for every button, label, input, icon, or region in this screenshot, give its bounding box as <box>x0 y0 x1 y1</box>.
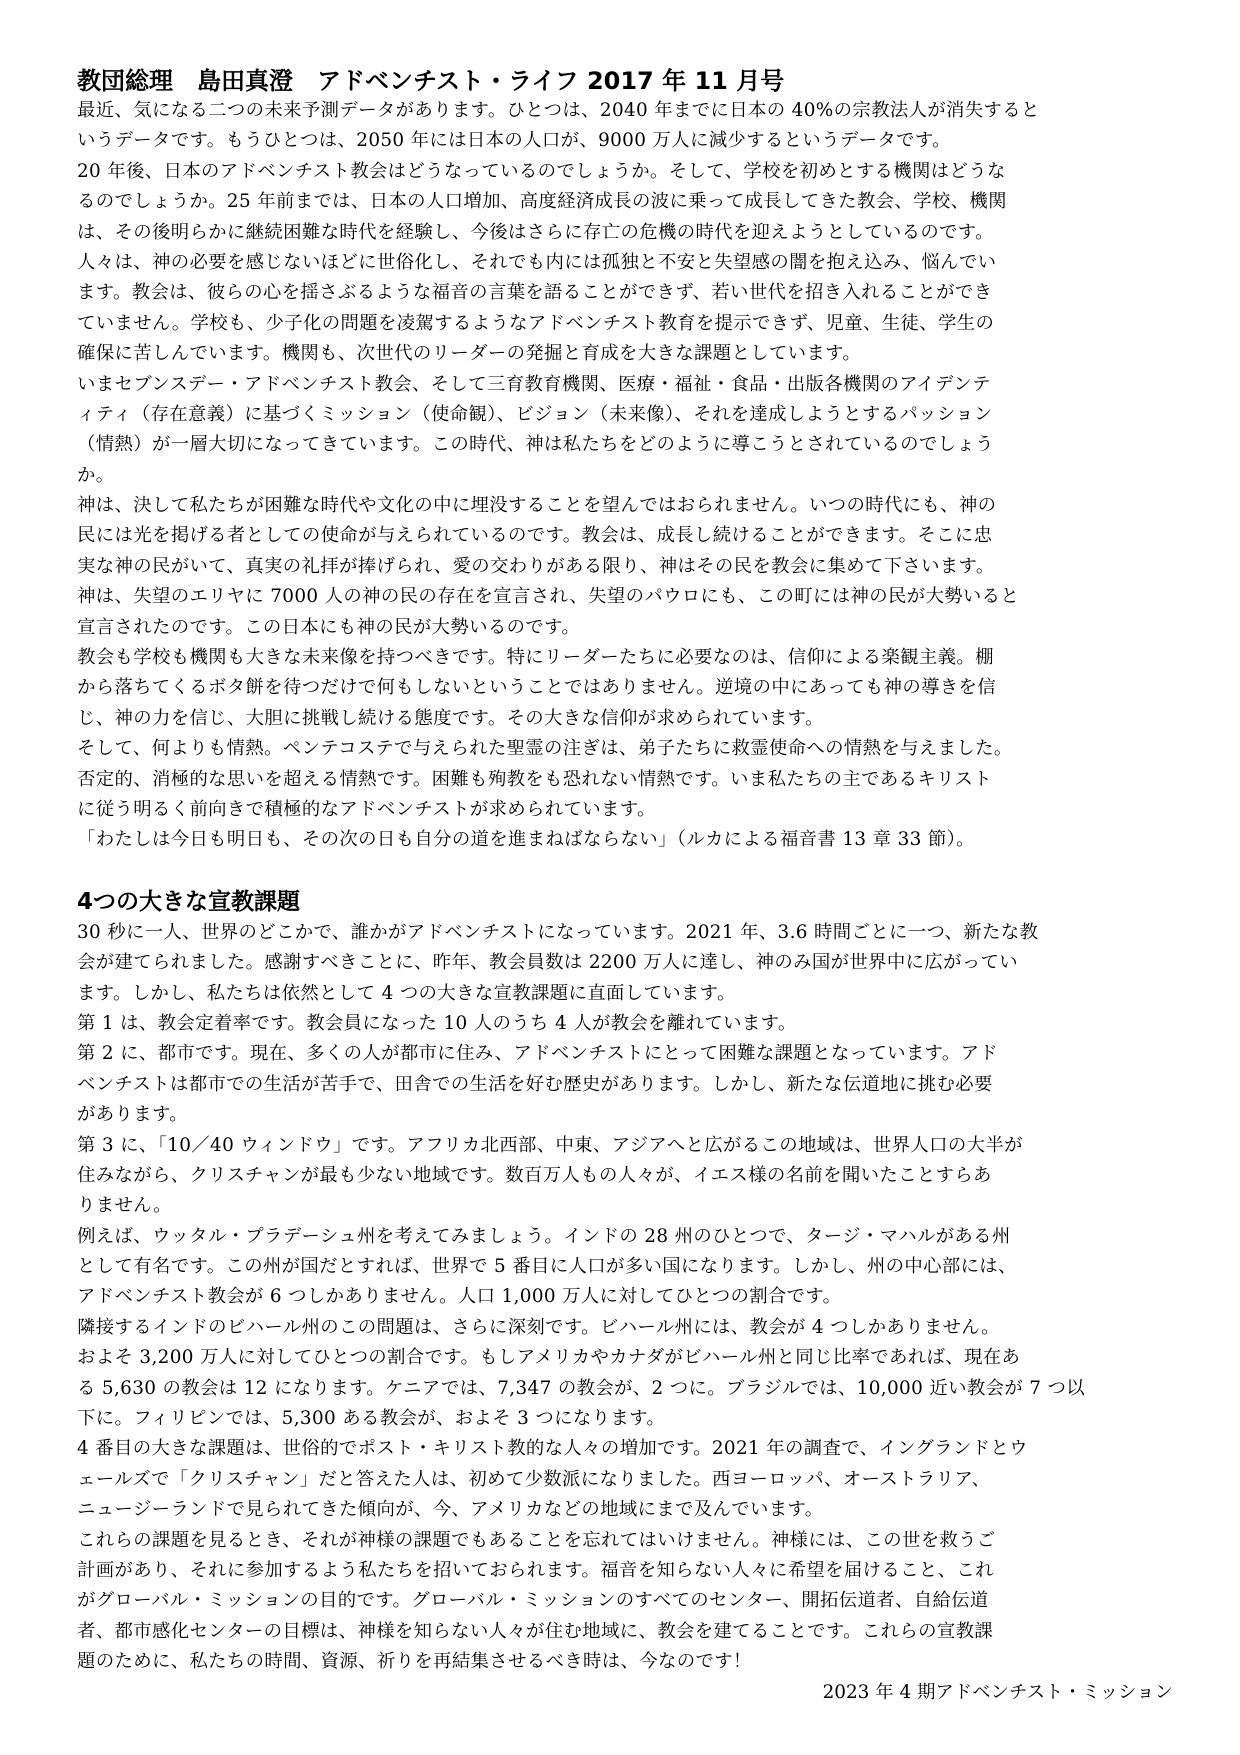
paragraph-line: があります。 <box>77 1100 1177 1130</box>
paragraph-line: 隣接するインドのビハール州のこの問題は、さらに深刻です。ビハール州には、教会が … <box>77 1313 1177 1343</box>
paragraph-line: がグローバル・ミッションの目的です。グローバル・ミッションのすべてのセンター、開… <box>77 1586 1177 1616</box>
paragraph-line: は、その後明らかに継続困難な時代を経験し、今後はさらに存亡の危機の時代を迎えよう… <box>77 218 1177 248</box>
paragraph-line: じ、神の力を信じ、大胆に挑戦し続ける態度です。その大きな信仰が求められています。 <box>77 704 1177 734</box>
paragraph-line: 第 3 に、「10／40 ウィンドウ」です。アフリカ北西部、中東、アジアへと広が… <box>77 1131 1177 1161</box>
paragraph-line: いうデータです。もうひとつは、2050 年には日本の人口が、9000 万人に減少… <box>77 126 1177 156</box>
paragraph-line: から落ちてくるボタ餅を待つだけで何もしないということではありません。逆境の中にあ… <box>77 673 1177 703</box>
paragraph-line: 神は、決して私たちが困難な時代や文化の中に埋没することを望んではおられません。い… <box>77 491 1177 521</box>
paragraph-line: 実な神の民がいて、真実の礼拝が捧げられ、愛の交わりがある限り、神はその民を教会に… <box>77 552 1177 582</box>
paragraph-line: アドベンチスト教会が 6 つしかありません。人口 1,000 万人に対してひとつ… <box>77 1282 1177 1312</box>
section-mission-challenges: 4つの大きな宣教課題 30 秒に一人、世界のどこかで、誰かがアドベンチストになっ… <box>77 886 1177 1708</box>
paragraph-line: か。 <box>77 461 1177 491</box>
paragraph-line: 確保に苦しんでいます。機関も、次世代のリーダーの発掘と育成を大きな課題としていま… <box>77 339 1177 369</box>
paragraph-line: として有名です。この州が国だとすれば、世界で 5 番目に人口が多い国になります。… <box>77 1252 1177 1282</box>
paragraph-line: ベンチストは都市での生活が苦手で、田舎での生活を好む歴史があります。しかし、新た… <box>77 1070 1177 1100</box>
paragraph-line: るのでしょうか。25 年前までは、日本の人口増加、高度経済成長の波に乗って成長し… <box>77 187 1177 217</box>
paragraph-line: 題のために、私たちの時間、資源、祈りを再結集させるべき時は、今なのです！ <box>77 1647 1177 1677</box>
paragraph-line: 神は、失望のエリヤに 7000 人の神の民の存在を宣言され、失望のパウロにも、こ… <box>77 582 1177 612</box>
paragraph-line: ニュージーランドで見られてきた傾向が、今、アメリカなどの地域にまで及んでいます。 <box>77 1495 1177 1525</box>
section-editorial: 最近、気になる二つの未来予測データがあります。ひとつは、2040 年までに日本の… <box>77 96 1177 856</box>
source-signature: 2023 年 4 期アドベンチスト・ミッション <box>77 1678 1177 1708</box>
section-spacer <box>77 856 1177 886</box>
paragraph-line: 住みながら、クリスチャンが最も少ない地域です。数百万人もの人々が、イエス様の名前… <box>77 1161 1177 1191</box>
paragraph-line: 宣言されたのです。この日本にも神の民が大勢いるのです。 <box>77 613 1177 643</box>
paragraph-line: ていません。学校も、少子化の問題を凌駕するようなアドベンチスト教育を提示できず、… <box>77 309 1177 339</box>
paragraph-line: 人々は、神の必要を感じないほどに世俗化し、それでも内には孤独と不安と失望感の闇を… <box>77 248 1177 278</box>
paragraph-line: ます。教会は、彼らの心を揺さぶるような福音の言葉を語ることができず、若い世代を招… <box>77 278 1177 308</box>
paragraph-line: 例えば、ウッタル・プラデーシュ州を考えてみましょう。インドの 28 州のひとつで… <box>77 1222 1177 1252</box>
paragraph-line: 会が建てられました。感謝すべきことに、昨年、教会員数は 2200 万人に達し、神… <box>77 948 1177 978</box>
document-page: 教団総理 島田真澄 アドベンチスト・ライフ 2017 年 11 月号 最近、気に… <box>77 66 1177 1708</box>
document-title: 教団総理 島田真澄 アドベンチスト・ライフ 2017 年 11 月号 <box>77 66 1177 96</box>
scripture-quote: 「わたしは今日も明日も、その次の日も自分の道を進まねばならない」（ルカによる福音… <box>77 825 1177 855</box>
paragraph-line: ます。しかし、私たちは依然として 4 つの大きな宣教課題に直面しています。 <box>77 979 1177 1009</box>
paragraph-line: に従う明るく前向きで積極的なアドベンチストが求められています。 <box>77 795 1177 825</box>
paragraph-line: 最近、気になる二つの未来予測データがあります。ひとつは、2040 年までに日本の… <box>77 96 1177 126</box>
paragraph-line: ィティ（存在意義）に基づくミッション（使命観）、ビジョン（未来像）、それを達成し… <box>77 400 1177 430</box>
paragraph-line: 30 秒に一人、世界のどこかで、誰かがアドベンチストになっています。2021 年… <box>77 918 1177 948</box>
paragraph-line: 民には光を掲げる者としての使命が与えられているのです。教会は、成長し続けることが… <box>77 521 1177 551</box>
paragraph-line: 20 年後、日本のアドベンチスト教会はどうなっているのでしょうか。そして、学校を… <box>77 157 1177 187</box>
section-heading: 4つの大きな宣教課題 <box>77 886 1177 918</box>
paragraph-line: そして、何よりも情熱。ペンテコステで与えられた聖霊の注ぎは、弟子たちに救霊使命へ… <box>77 734 1177 764</box>
paragraph-line: 第 2 に、都市です。現在、多くの人が都市に住み、アドベンチストにとって困難な課… <box>77 1039 1177 1069</box>
paragraph-line: 教会も学校も機関も大きな未来像を持つべきです。特にリーダーたちに必要なのは、信仰… <box>77 643 1177 673</box>
paragraph-line: およそ 3,200 万人に対してひとつの割合です。もしアメリカやカナダがビハール… <box>77 1343 1177 1373</box>
paragraph-line: 下に。フィリピンでは、5,300 ある教会が、およそ 3 つになります。 <box>77 1404 1177 1434</box>
paragraph-line: これらの課題を見るとき、それが神様の課題でもあることを忘れてはいけません。神様に… <box>77 1526 1177 1556</box>
paragraph-line: （情熱）が一層大切になってきています。この時代、神は私たちをどのように導こうとさ… <box>77 430 1177 460</box>
paragraph-line: 4 番目の大きな課題は、世俗的でポスト・キリスト教的な人々の増加です。2021 … <box>77 1434 1177 1464</box>
paragraph-line: 計画があり、それに参加するよう私たちを招いておられます。福音を知らない人々に希望… <box>77 1556 1177 1586</box>
paragraph-line: いまセブンスデー・アドベンチスト教会、そして三育教育機関、医療・福祉・食品・出版… <box>77 370 1177 400</box>
paragraph-line: 者、都市感化センターの目標は、神様を知らない人々が住む地域に、教会を建てることで… <box>77 1617 1177 1647</box>
paragraph-line: 否定的、消極的な思いを超える情熱です。困難も殉教をも恐れない情熱です。いま私たち… <box>77 765 1177 795</box>
paragraph-line: ェールズで「クリスチャン」だと答えた人は、初めて少数派になりました。西ヨーロッパ… <box>77 1465 1177 1495</box>
paragraph-line: りません。 <box>77 1191 1177 1221</box>
paragraph-line: 第 1 は、教会定着率です。教会員になった 10 人のうち 4 人が教会を離れて… <box>77 1009 1177 1039</box>
paragraph-line: る 5,630 の教会は 12 になります。ケニアでは、7,347 の教会が、2… <box>77 1374 1177 1404</box>
